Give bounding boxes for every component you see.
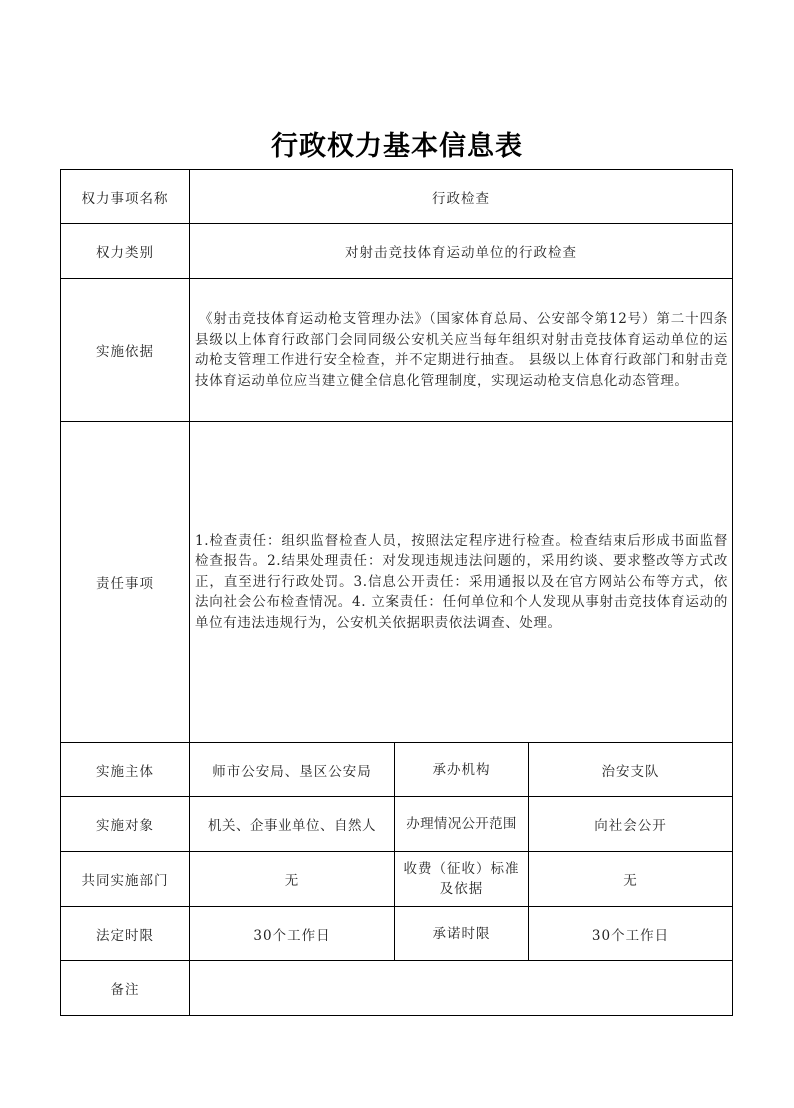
responsibility-label: 责任事项: [61, 422, 189, 742]
basis-label: 实施依据: [61, 279, 189, 421]
remarks-label: 备注: [61, 961, 189, 1015]
row-target: 实施对象 机关、企事业单位、自然人 办理情况公开范围 向社会公开: [60, 797, 733, 852]
remarks-value: [189, 961, 732, 1015]
item-name-value: 行政检查: [189, 170, 732, 223]
subject-label: 实施主体: [61, 743, 189, 796]
page-title: 行政权力基本信息表: [0, 124, 794, 163]
disclosure-label: 办理情况公开范围: [394, 797, 528, 851]
responsibility-text: 1.检查责任：组织监督检查人员，按照法定程序进行检查。检查结束后形成书面监督检查…: [195, 531, 728, 634]
row-joint: 共同实施部门 无 收费（征收）标准及依据 无: [60, 852, 733, 907]
info-table: 权力事项名称 行政检查 权力类别 对射击竞技体育运动单位的行政检查 实施依据 《…: [60, 169, 733, 1016]
time-limit-value: 30个工作日: [189, 907, 394, 960]
row-basis: 实施依据 《射击竞技体育运动枪支管理办法》（国家体育总局、公安部令第12号）第二…: [60, 279, 733, 422]
target-label: 实施对象: [61, 797, 189, 851]
agency-value: 治安支队: [528, 743, 732, 796]
promise-limit-value: 30个工作日: [528, 907, 732, 960]
row-time-limit: 法定时限 30个工作日 承诺时限 30个工作日: [60, 907, 733, 961]
target-value: 机关、企事业单位、自然人: [189, 797, 394, 851]
disclosure-value: 向社会公开: [528, 797, 732, 851]
promise-limit-label: 承诺时限: [394, 907, 528, 960]
row-remarks: 备注: [60, 961, 733, 1016]
basis-value: 《射击竞技体育运动枪支管理办法》（国家体育总局、公安部令第12号）第二十四条 县…: [189, 279, 732, 421]
category-label: 权力类别: [61, 224, 189, 278]
responsibility-value: 1.检查责任：组织监督检查人员，按照法定程序进行检查。检查结束后形成书面监督检查…: [189, 422, 732, 742]
fee-label: 收费（征收）标准及依据: [394, 852, 528, 906]
row-item-name: 权力事项名称 行政检查: [60, 169, 733, 224]
fee-value: 无: [528, 852, 732, 906]
category-value: 对射击竞技体育运动单位的行政检查: [189, 224, 732, 278]
row-category: 权力类别 对射击竞技体育运动单位的行政检查: [60, 224, 733, 279]
agency-label: 承办机构: [394, 743, 528, 796]
time-limit-label: 法定时限: [61, 907, 189, 960]
row-responsibility: 责任事项 1.检查责任：组织监督检查人员，按照法定程序进行检查。检查结束后形成书…: [60, 422, 733, 743]
joint-value: 无: [189, 852, 394, 906]
item-name-label: 权力事项名称: [61, 170, 189, 223]
basis-text: 《射击竞技体育运动枪支管理办法》（国家体育总局、公安部令第12号）第二十四条 县…: [195, 309, 728, 391]
subject-value: 师市公安局、垦区公安局: [189, 743, 394, 796]
joint-label: 共同实施部门: [61, 852, 189, 906]
row-subject: 实施主体 师市公安局、垦区公安局 承办机构 治安支队: [60, 743, 733, 797]
